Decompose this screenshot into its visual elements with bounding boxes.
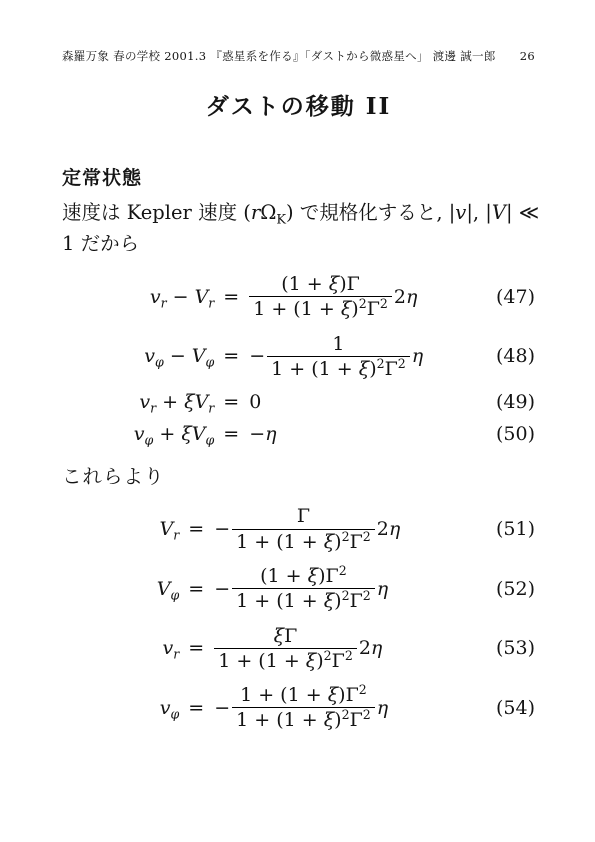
equation-group-1: vr − Vr=(1 + ξ)Γ1 + (1 + ξ)2Γ22η(47)vφ −… — [62, 272, 535, 445]
equation-rhs: −1 + (1 + ξ)Γ21 + (1 + ξ)2Γ2η — [213, 683, 401, 733]
equation-group-2: Vr=−Γ1 + (1 + ξ)2Γ22η(51)Vφ=−(1 + ξ)Γ21 … — [62, 504, 535, 733]
equals-sign: = — [214, 423, 248, 445]
equation-lhs: vr − Vr — [150, 286, 214, 308]
fraction: 1 + (1 + ξ)Γ21 + (1 + ξ)2Γ2 — [232, 683, 375, 733]
equals-sign: = — [179, 518, 213, 540]
equals-sign: = — [179, 697, 213, 719]
text-segment: ≪ — [513, 201, 540, 224]
fraction-denominator: 1 + (1 + ξ)2Γ2 — [214, 648, 357, 673]
text-segment: , — [436, 201, 448, 224]
equation-number: (53) — [496, 637, 535, 659]
fraction-denominator: 1 + (1 + ξ)2Γ2 — [249, 296, 392, 321]
equation-lhs: Vφ — [157, 578, 180, 600]
fraction-denominator: 1 + (1 + ξ)2Γ2 — [232, 707, 375, 732]
section-heading-steady-state: 定常状態 — [62, 163, 535, 190]
math-token: 2η — [359, 637, 382, 659]
math-token: − — [214, 518, 230, 540]
document-page: 森羅万象 春の学校 2001.3 『惑星系を作る』「ダストから微惑星へ」 渡邊 … — [0, 0, 595, 842]
equation-rhs: 0 — [248, 391, 424, 413]
equation-rhs: −(1 + ξ)Γ21 + (1 + ξ)2Γ2η — [213, 564, 401, 614]
math-token: 0 — [249, 391, 261, 413]
equation-rhs: (1 + ξ)Γ1 + (1 + ξ)2Γ22η — [248, 272, 424, 322]
equation-number: (47) — [496, 286, 535, 308]
equals-sign: = — [214, 391, 248, 413]
text-segment: (rΩK) — [243, 201, 293, 224]
equation-rhs: −η — [248, 423, 424, 445]
math-token: −η — [249, 423, 276, 445]
page-header: 森羅万象 春の学校 2001.3 『惑星系を作る』「ダストから微惑星へ」 渡邊 … — [62, 48, 535, 64]
fraction-numerator: Γ — [293, 504, 314, 528]
math-token: η — [412, 345, 423, 367]
fraction: (1 + ξ)Γ21 + (1 + ξ)2Γ2 — [232, 564, 375, 614]
equation-lhs: vφ — [160, 697, 180, 719]
equation-rhs: −Γ1 + (1 + ξ)2Γ22η — [213, 504, 401, 554]
fraction-numerator: ξΓ — [270, 624, 302, 648]
page-number: 26 — [520, 49, 535, 63]
equation-lhs: vr — [163, 637, 180, 659]
math-token: η — [377, 697, 388, 719]
header-citation: 森羅万象 春の学校 2001.3 『惑星系を作る』「ダストから微惑星へ」 渡邊 … — [62, 48, 496, 64]
equation-number: (51) — [496, 518, 535, 540]
equation-rhs: ξΓ1 + (1 + ξ)2Γ22η — [213, 624, 401, 674]
fraction-denominator: 1 + (1 + ξ)2Γ2 — [267, 356, 410, 381]
fraction: (1 + ξ)Γ1 + (1 + ξ)2Γ2 — [249, 272, 392, 322]
fraction-denominator: 1 + (1 + ξ)2Γ2 — [232, 529, 375, 554]
text-segment: 速度 — [198, 201, 243, 224]
fraction: 11 + (1 + ξ)2Γ2 — [267, 332, 410, 382]
equation-lhs: Vr — [160, 518, 180, 540]
equals-sign: = — [179, 637, 213, 659]
math-token: η — [377, 578, 388, 600]
equation-number: (48) — [496, 345, 535, 367]
text-segment: |v|, |V| — [449, 201, 513, 224]
text-segment: だから — [74, 232, 139, 255]
connector-text: これらより — [62, 461, 535, 489]
math-token: 2η — [394, 286, 417, 308]
math-token: − — [214, 578, 230, 600]
equation-number: (52) — [496, 578, 535, 600]
text-segment: で規格化すると — [294, 201, 437, 224]
page-title: ダストの移動 II — [62, 88, 535, 121]
fraction-numerator: 1 — [328, 332, 348, 356]
fraction: Γ1 + (1 + ξ)2Γ2 — [232, 504, 375, 554]
fraction-numerator: (1 + ξ)Γ2 — [256, 564, 351, 588]
math-token: 2η — [377, 518, 400, 540]
text-segment: Kepler — [127, 201, 198, 224]
equation-lhs: vφ + ξVφ — [134, 423, 215, 445]
equation-number: (54) — [496, 697, 535, 719]
equals-sign: = — [179, 578, 213, 600]
equation-number: (49) — [496, 391, 535, 413]
fraction: ξΓ1 + (1 + ξ)2Γ2 — [214, 624, 357, 674]
equals-sign: = — [214, 286, 248, 308]
fraction-numerator: (1 + ξ)Γ — [277, 272, 364, 296]
text-segment: 1 — [62, 232, 74, 255]
math-token: − — [249, 345, 265, 367]
equals-sign: = — [214, 345, 248, 367]
equation-lhs: vr + ξVr — [139, 391, 214, 413]
fraction-denominator: 1 + (1 + ξ)2Γ2 — [232, 588, 375, 613]
paragraph-line: 速度は Kepler 速度 (rΩK) で規格化すると, |v|, |V| ≪ — [62, 197, 535, 228]
math-token: − — [214, 697, 230, 719]
paragraph-line: 1 だから — [62, 228, 535, 259]
fraction-numerator: 1 + (1 + ξ)Γ2 — [236, 683, 371, 707]
intro-paragraph: 速度は Kepler 速度 (rΩK) で規格化すると, |v|, |V| ≪1… — [62, 197, 535, 259]
equation-number: (50) — [496, 423, 535, 445]
equation-rhs: −11 + (1 + ξ)2Γ2η — [248, 332, 424, 382]
equation-lhs: vφ − Vφ — [144, 345, 214, 367]
text-segment: 速度は — [62, 201, 127, 224]
